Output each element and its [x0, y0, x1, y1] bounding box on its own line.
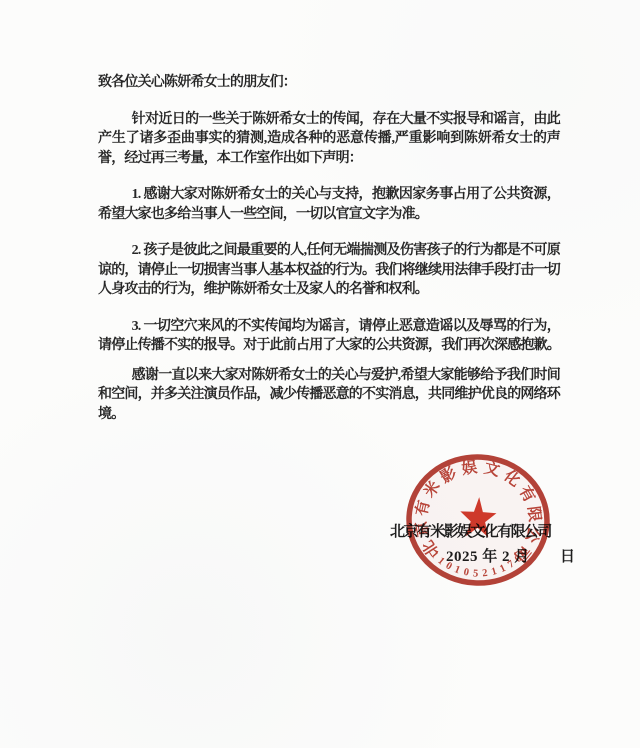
paragraph: 2. 孩子是彼此之间最重要的人,任何无端揣测及伤害孩子的行为都是不可原谅的，请停… — [98, 241, 560, 300]
salutation-line: 致各位关心陈妍希女士的朋友们： — [98, 73, 560, 93]
company-seal: 北京有米影娱文化有限公司 110105211700 — [388, 433, 568, 607]
paragraph: 感谢一直以来大家对陈妍希女士的关心与爱护,希望大家能够给予我们时间和空间，并多关… — [98, 366, 560, 425]
paragraph: 1. 感谢大家对陈妍希女士的关心与支持，抱歉因家务事占用了公共资源，希望大家也多… — [98, 185, 560, 224]
document-page: 致各位关心陈妍希女士的朋友们： 针对近日的一些关于陈妍希女士的传闻，存在大量不实… — [0, 0, 640, 748]
svg-text:5: 5 — [473, 568, 479, 579]
statement-body: 致各位关心陈妍希女士的朋友们： 针对近日的一些关于陈妍希女士的传闻，存在大量不实… — [98, 73, 560, 424]
paragraph: 3. 一切空穴来风的不实传闻均为谣言，请停止恶意造谣以及辱骂的行为，请停止传播不… — [98, 317, 560, 356]
svg-text:限: 限 — [524, 505, 545, 523]
paragraph: 针对近日的一些关于陈妍希女士的传闻，存在大量不实报导和谣言，由此产生了诸多歪曲事… — [98, 110, 560, 169]
